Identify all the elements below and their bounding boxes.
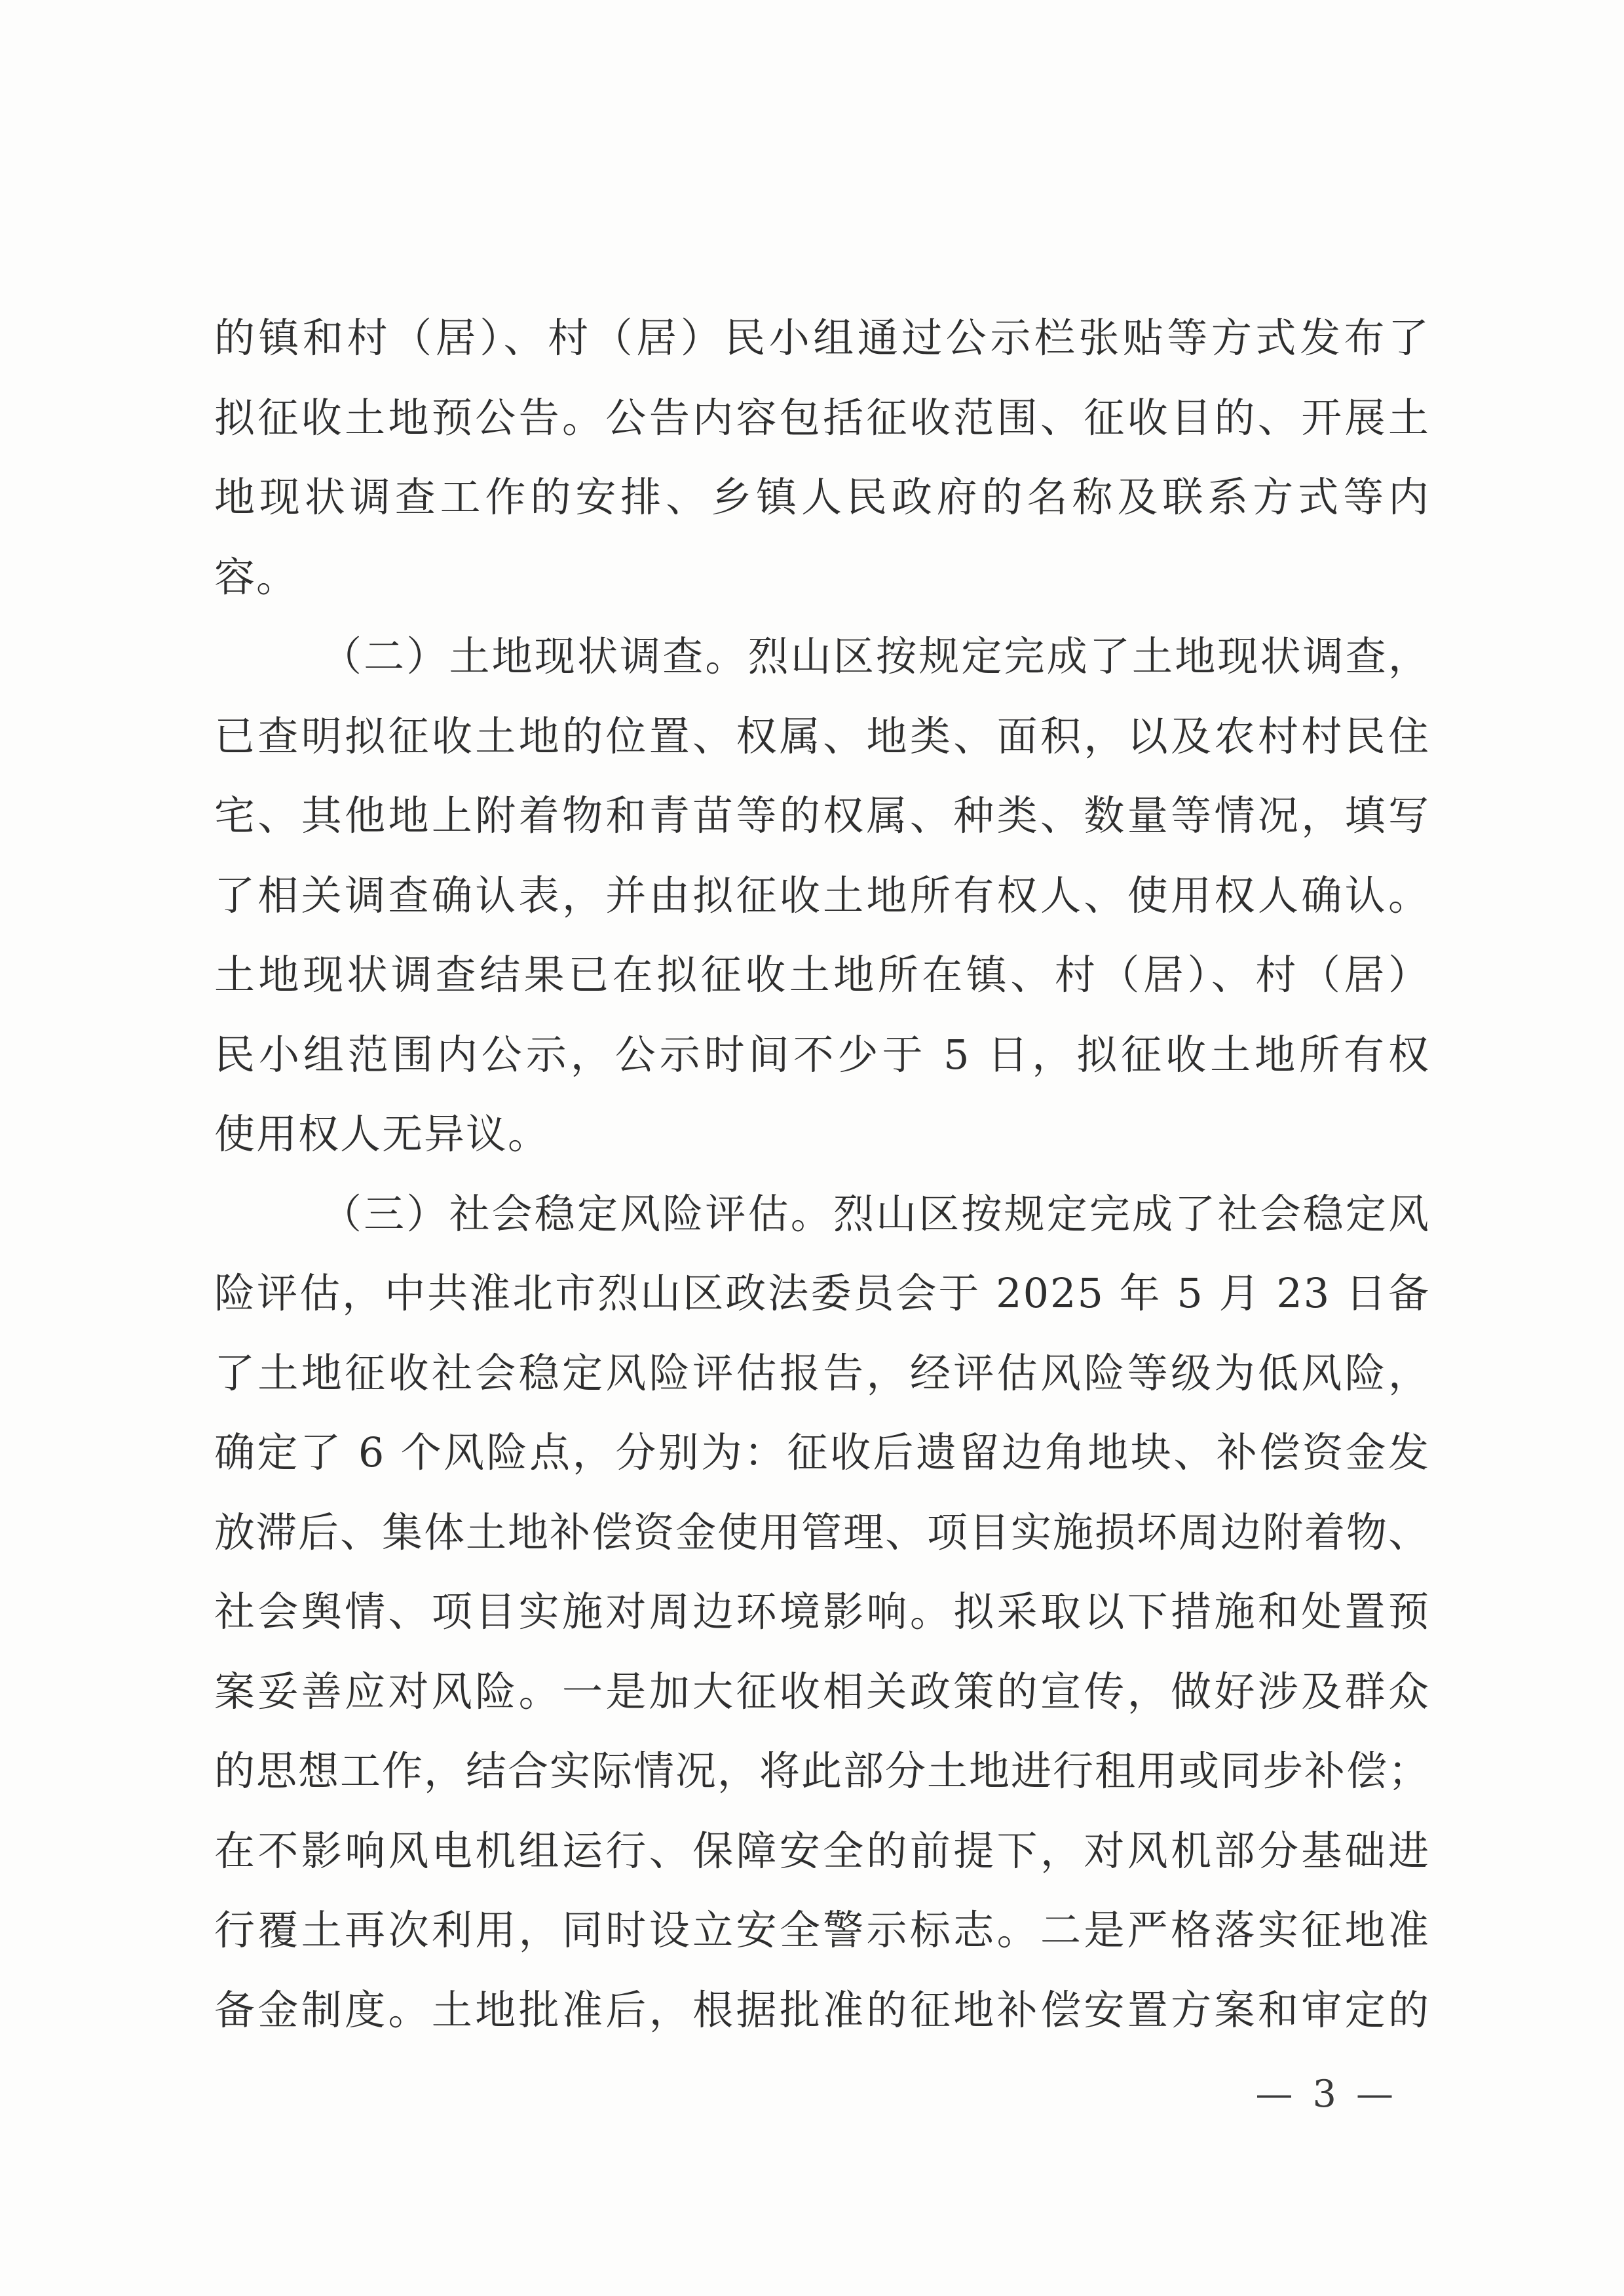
text-line: 已查明拟征收土地的位置、权属、地类、面积，以及农村村民住 — [214, 697, 1430, 776]
document-page: 的镇和村（居）、村（居）民小组通过公示栏张贴等方式发布了拟征收土地预公告。公告内… — [0, 0, 1624, 2296]
text-line: 行覆土再次利用，同时设立安全警示标志。二是严格落实征地准 — [214, 1890, 1430, 1970]
text-line: 土地现状调查结果已在拟征收土地所在镇、村（居）、村（居） — [214, 935, 1430, 1015]
text-line: 宅、其他地上附着物和青苗等的权属、种类、数量等情况，填写 — [214, 776, 1430, 856]
text-line: 了相关调查确认表，并由拟征收土地所有权人、使用权人确认。 — [214, 856, 1430, 936]
document-body: 的镇和村（居）、村（居）民小组通过公示栏张贴等方式发布了拟征收土地预公告。公告内… — [214, 298, 1430, 2050]
text-line: （二）土地现状调查。烈山区按规定完成了土地现状调查， — [214, 617, 1430, 697]
text-line: 险评估，中共淮北市烈山区政法委员会于 2025 年 5 月 23 日备案 — [214, 1253, 1430, 1333]
text-line: 备金制度。土地批准后，根据批准的征地补偿安置方案和审定的 — [214, 1970, 1430, 2050]
text-line: 地现状调查工作的安排、乡镇人民政府的名称及联系方式等内 — [214, 457, 1430, 537]
text-line: 使用权人无异议。 — [214, 1094, 1430, 1174]
text-line: 民小组范围内公示，公示时间不少于 5 日，拟征收土地所有权人、 — [214, 1015, 1430, 1095]
text-line: 放滞后、集体土地补偿资金使用管理、项目实施损坏周边附着物、 — [214, 1493, 1430, 1573]
text-line: 的镇和村（居）、村（居）民小组通过公示栏张贴等方式发布了 — [214, 298, 1430, 378]
text-line: 容。 — [214, 537, 1430, 617]
text-line: 拟征收土地预公告。公告内容包括征收范围、征收目的、开展土 — [214, 378, 1430, 458]
text-line: 在不影响风电机组运行、保障安全的前提下，对风机部分基础进 — [214, 1811, 1430, 1891]
text-line: （三）社会稳定风险评估。烈山区按规定完成了社会稳定风 — [214, 1174, 1430, 1254]
text-line: 确定了 6 个风险点，分别为：征收后遗留边角地块、补偿资金发 — [214, 1413, 1430, 1493]
page-number: — 3 — — [1255, 2068, 1397, 2120]
text-line: 案妥善应对风险。一是加大征收相关政策的宣传，做好涉及群众 — [214, 1652, 1430, 1732]
text-line: 社会舆情、项目实施对周边环境影响。拟采取以下措施和处置预 — [214, 1572, 1430, 1652]
text-line: 了土地征收社会稳定风险评估报告，经评估风险等级为低风险， — [214, 1333, 1430, 1413]
text-line: 的思想工作，结合实际情况，将此部分土地进行租用或同步补偿； — [214, 1731, 1430, 1811]
